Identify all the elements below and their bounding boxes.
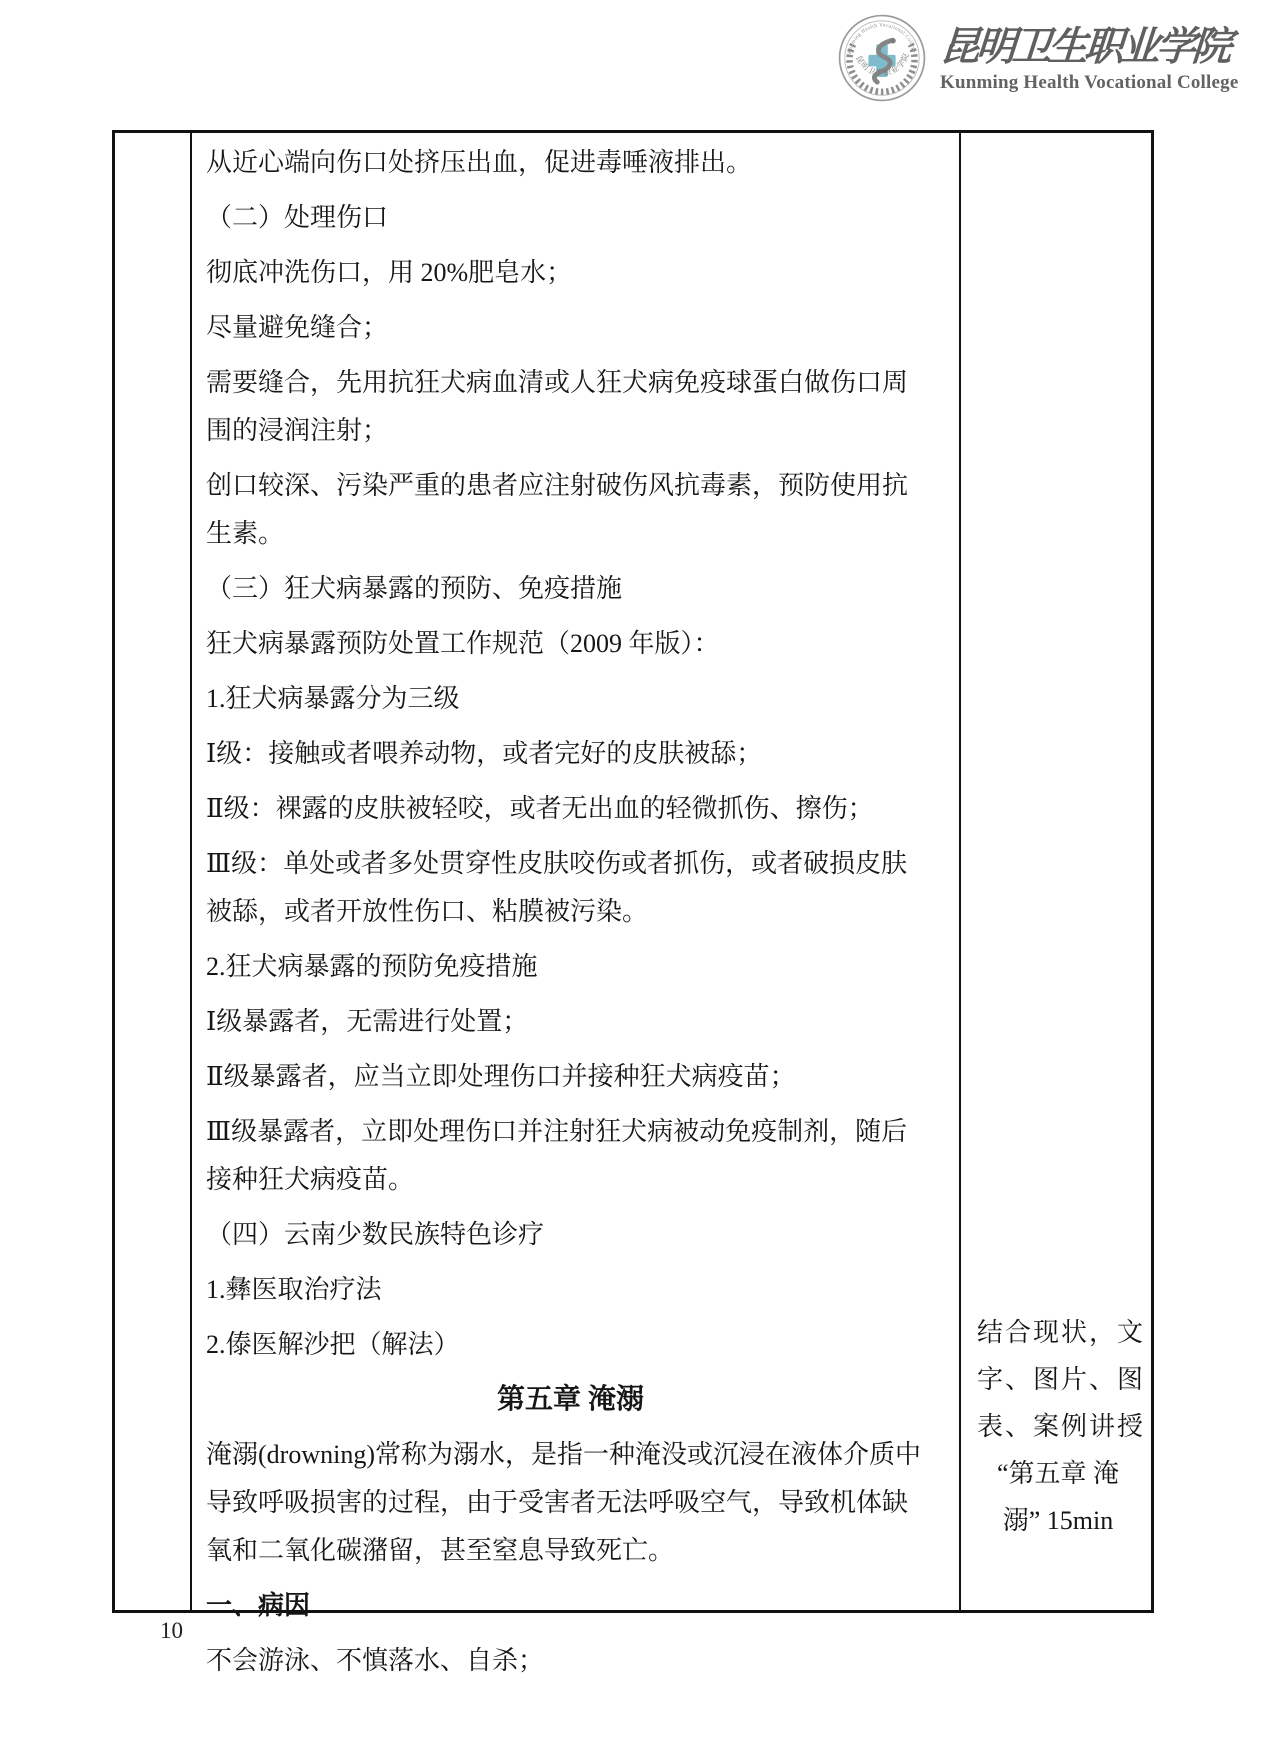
college-header: Kunming Health Vocational College 昆明卫生职业… xyxy=(838,14,1238,102)
content-paragraph: （三）狂犬病暴露的预防、免疫措施 xyxy=(206,565,935,613)
content-paragraph: Ⅰ级暴露者，无需进行处置； xyxy=(206,998,935,1046)
note-line: 表、案例讲授 xyxy=(977,1403,1139,1450)
content-paragraph: 尽量避免缝合； xyxy=(206,304,935,352)
dragon-head xyxy=(890,38,895,43)
note-line: “第五章 淹 xyxy=(977,1450,1139,1497)
table-notes-column: 结合现状，文 字、图片、图 表、案例讲授 “第五章 淹 溺” 15min xyxy=(961,133,1151,1610)
college-seal-icon: Kunming Health Vocational College 昆明卫生职业… xyxy=(838,14,926,102)
page-number: 10 xyxy=(160,1618,183,1644)
content-paragraph: Ⅲ级暴露者，立即处理伤口并注射狂犬病被动免疫制剂，随后 接种狂犬病疫苗。 xyxy=(206,1108,935,1204)
note-line: 溺” 15min xyxy=(977,1497,1139,1544)
document-page: Kunming Health Vocational College 昆明卫生职业… xyxy=(0,0,1271,1763)
chapter-heading: 第五章 淹溺 xyxy=(206,1376,935,1424)
content-paragraph: Ⅲ级：单处或者多处贯穿性皮肤咬伤或者抓伤，或者破损皮肤 被舔，或者开放性伤口、粘… xyxy=(206,840,935,936)
content-paragraph: 2.狂犬病暴露的预防免疫措施 xyxy=(206,943,935,991)
note-line: 结合现状，文 xyxy=(977,1309,1139,1356)
table-content-column: 从近心端向伤口处挤压出血，促进毒唾液排出。 （二）处理伤口 彻底冲洗伤口，用 2… xyxy=(192,133,961,1610)
content-paragraph: （四）云南少数民族特色诊疗 xyxy=(206,1211,935,1259)
content-paragraph: 从近心端向伤口处挤压出血，促进毒唾液排出。 xyxy=(206,139,935,187)
content-paragraph: 创口较深、污染严重的患者应注射破伤风抗毒素，预防使用抗 生素。 xyxy=(206,462,935,558)
content-paragraph: 1.彝医取治疗法 xyxy=(206,1266,935,1314)
chapter-intro-paragraph: 淹溺(drowning)常称为溺水，是指一种淹没或沉浸在液体介质中 导致呼吸损害… xyxy=(206,1431,935,1575)
table-left-column xyxy=(115,133,192,1610)
content-paragraph: 不会游泳、不慎落水、自杀； xyxy=(206,1637,935,1685)
content-paragraph: 需要缝合，先用抗狂犬病血清或人狂犬病免疫球蛋白做伤口周 围的浸润注射； xyxy=(206,359,935,455)
college-name-en: Kunming Health Vocational College xyxy=(940,72,1238,94)
section-heading-cause: 一、病因 xyxy=(206,1582,935,1630)
lesson-plan-table: 从近心端向伤口处挤压出血，促进毒唾液排出。 （二）处理伤口 彻底冲洗伤口，用 2… xyxy=(112,130,1154,1613)
college-name-block: 昆明卫生职业学院 Kunming Health Vocational Colle… xyxy=(940,23,1238,94)
content-paragraph: Ⅱ级暴露者，应当立即处理伤口并接种狂犬病疫苗； xyxy=(206,1053,935,1101)
content-paragraph: Ⅱ级：裸露的皮肤被轻咬，或者无出血的轻微抓伤、擦伤； xyxy=(206,785,935,833)
college-name-zh: 昆明卫生职业学院 xyxy=(938,23,1229,71)
content-paragraph: 狂犬病暴露预防处置工作规范（2009 年版）： xyxy=(206,620,935,668)
content-paragraph: 彻底冲洗伤口，用 20%肥皂水； xyxy=(206,249,935,297)
content-paragraph: 1.狂犬病暴露分为三级 xyxy=(206,675,935,723)
content-paragraph: （二）处理伤口 xyxy=(206,194,935,242)
content-paragraph: 2.傣医解沙把（解法） xyxy=(206,1321,935,1369)
content-paragraph: Ⅰ级：接触或者喂养动物，或者完好的皮肤被舔； xyxy=(206,730,935,778)
note-line: 字、图片、图 xyxy=(977,1356,1139,1403)
